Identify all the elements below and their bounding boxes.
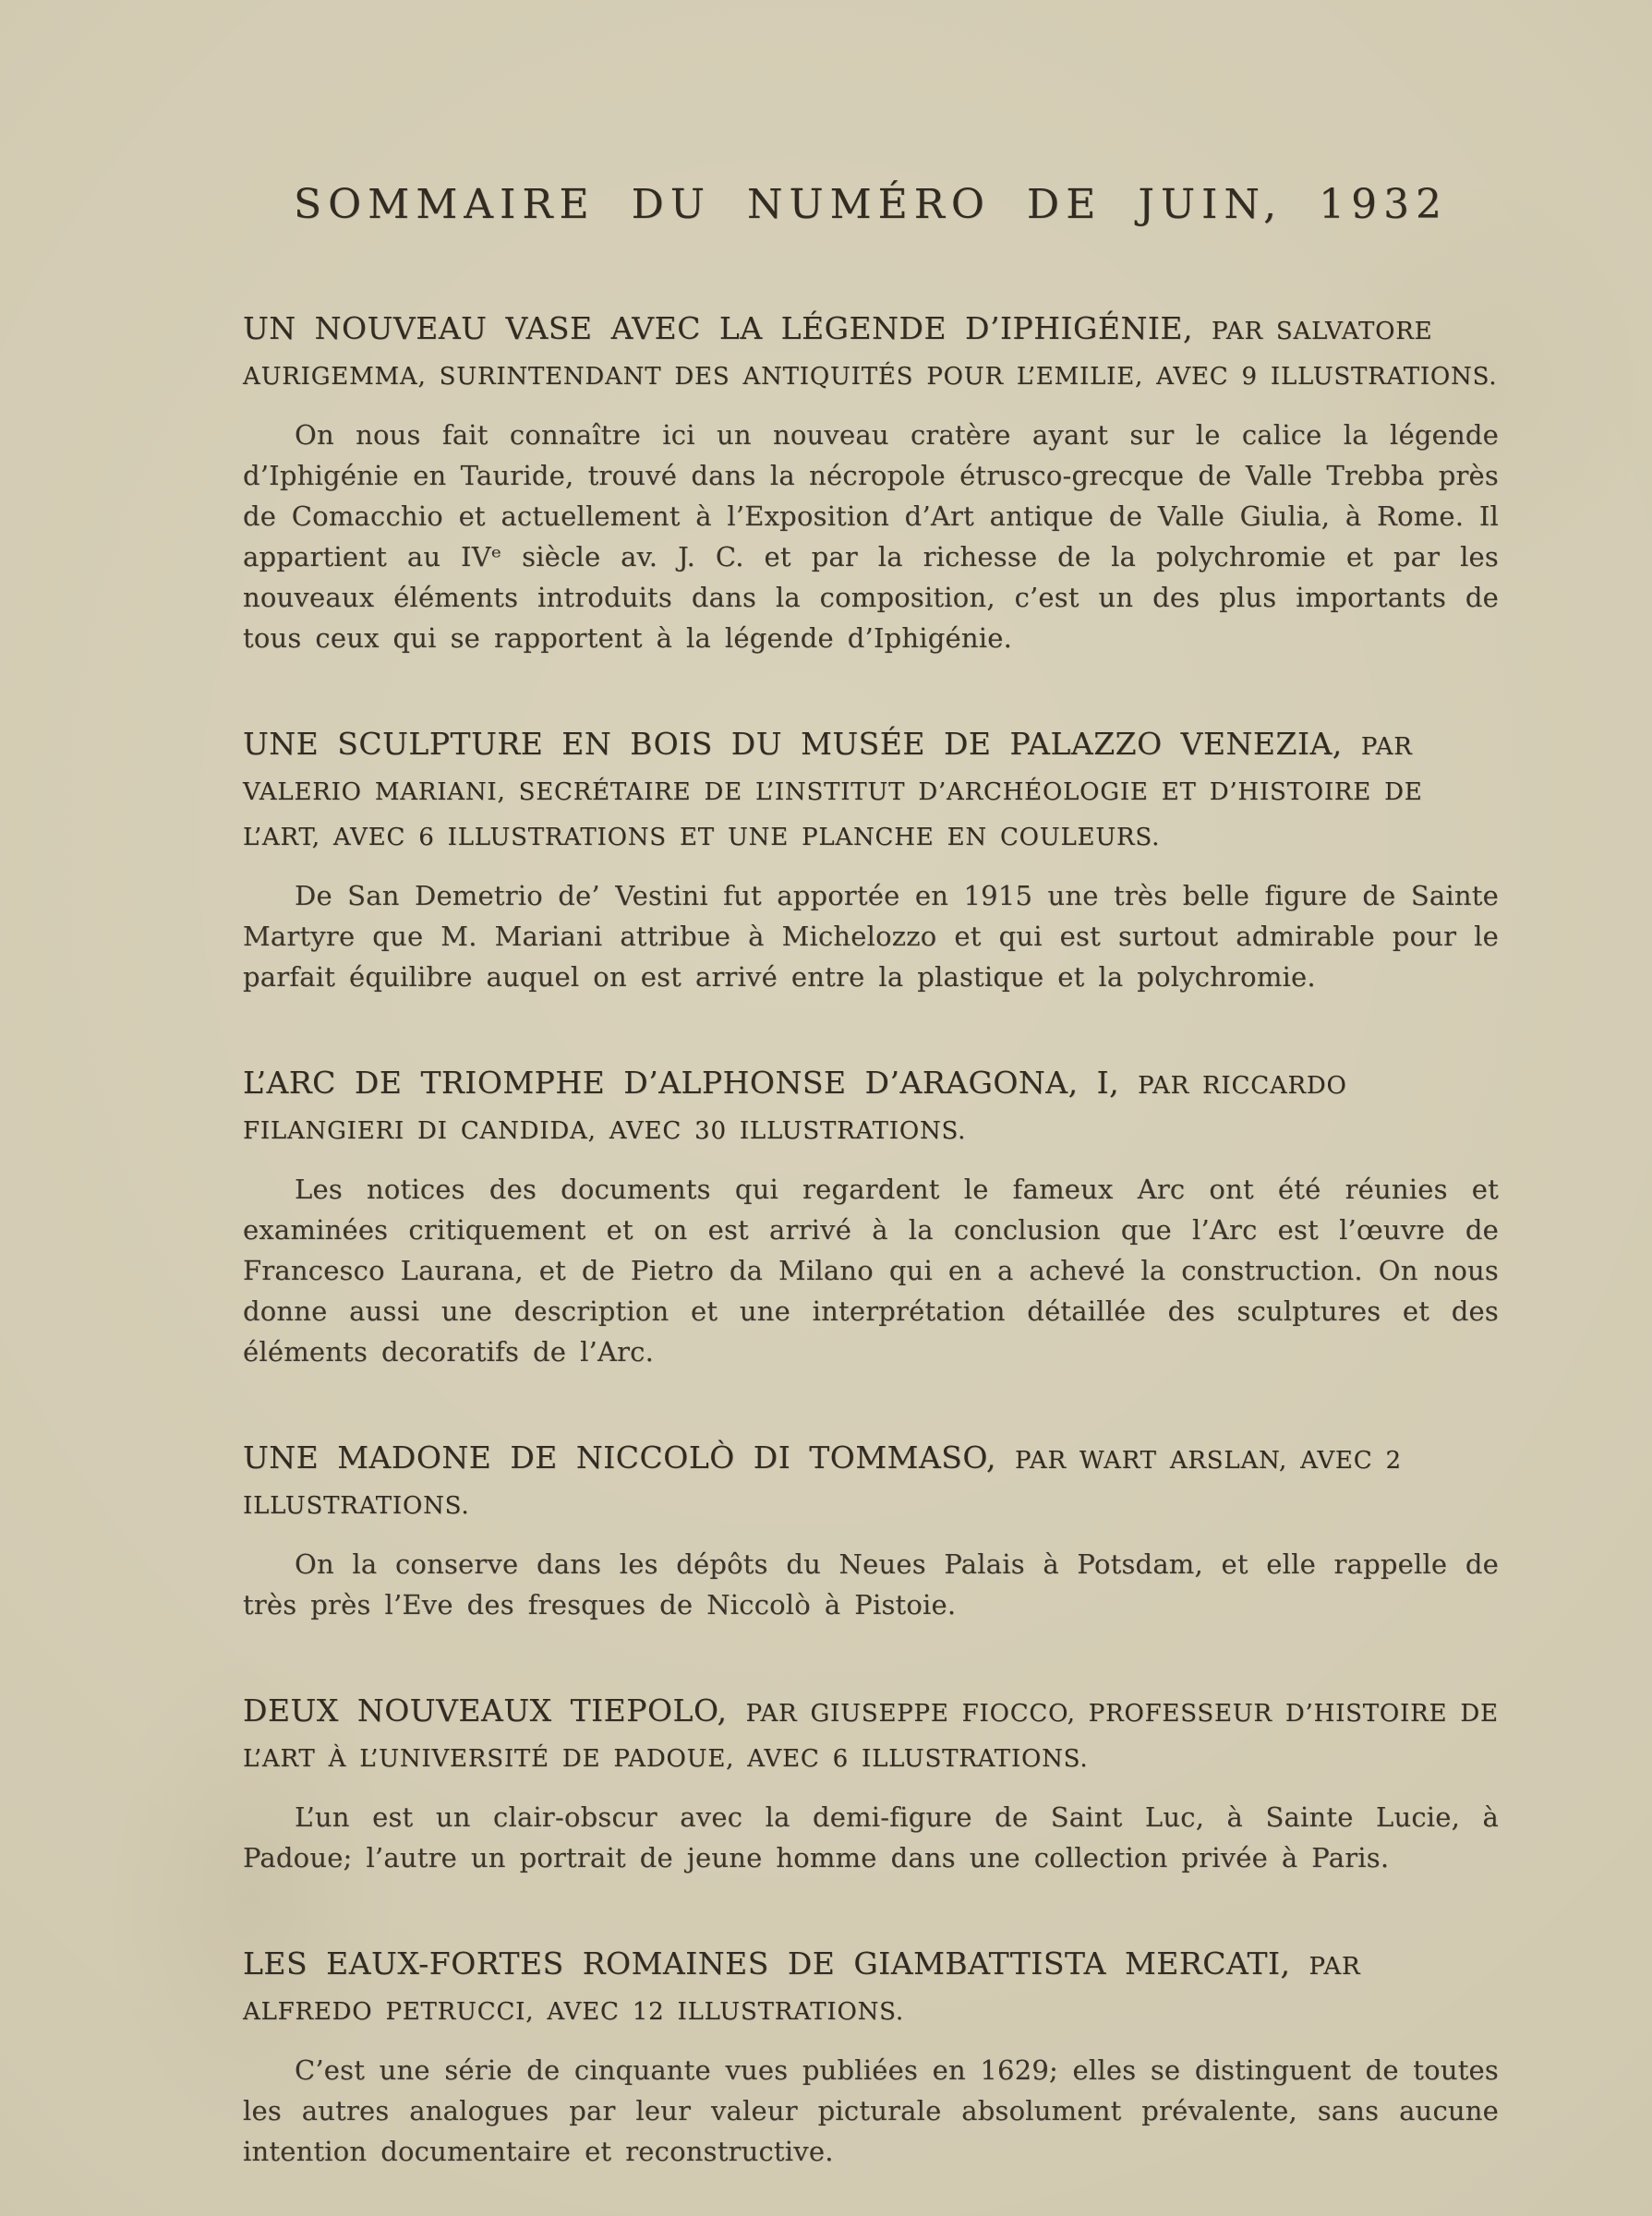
article-title: UNE SCULPTURE EN BOIS DU MUSÉE DE PALAZZ… — [243, 726, 1343, 762]
page-title: SOMMAIRE DU NUMÉRO DE JUIN, 1932 — [243, 181, 1499, 228]
toc-entry: DEUX NOUVEAUX TIEPOLO, PAR GIUSEPPE FIOC… — [243, 1690, 1499, 1878]
toc-entry: UNE SCULPTURE EN BOIS DU MUSÉE DE PALAZZ… — [243, 723, 1499, 997]
article-title: LES EAUX-FORTES ROMAINES DE GIAMBATTISTA… — [243, 1945, 1291, 1981]
article-heading: L’ARC DE TRIOMPHE D’ALPHONSE D’ARAGONA, … — [243, 1062, 1499, 1152]
toc-entry: LES EAUX-FORTES ROMAINES DE GIAMBATTISTA… — [243, 1943, 1499, 2172]
article-heading: DEUX NOUVEAUX TIEPOLO, PAR GIUSEPPE FIOC… — [243, 1690, 1499, 1780]
toc-entry: UN NOUVEAU VASE AVEC LA LÉGENDE D’IPHIGÉ… — [243, 307, 1499, 658]
scanned-journal-page: SOMMAIRE DU NUMÉRO DE JUIN, 1932 UN NOUV… — [0, 0, 1652, 2216]
article-title: DEUX NOUVEAUX TIEPOLO, — [243, 1692, 728, 1728]
article-title: UN NOUVEAU VASE AVEC LA LÉGENDE D’IPHIGÉ… — [243, 310, 1193, 346]
article-title: L’ARC DE TRIOMPHE D’ALPHONSE D’ARAGONA, … — [243, 1065, 1119, 1101]
article-heading: UN NOUVEAU VASE AVEC LA LÉGENDE D’IPHIGÉ… — [243, 307, 1499, 398]
toc-entry: UNE MADONE DE NICCOLÒ DI TOMMASO, PAR WA… — [243, 1437, 1499, 1625]
article-summary: Les notices des documents qui regardent … — [243, 1169, 1499, 1372]
article-summary: On la conserve dans les dépôts du Neues … — [243, 1544, 1499, 1625]
article-summary: De San Demetrio de’ Vestini fut apportée… — [243, 875, 1499, 997]
article-heading: LES EAUX-FORTES ROMAINES DE GIAMBATTISTA… — [243, 1943, 1499, 2033]
article-summary: C’est une série de cinquante vues publié… — [243, 2050, 1499, 2172]
article-summary: On nous fait connaître ici un nouveau cr… — [243, 415, 1499, 658]
table-of-contents: SOMMAIRE DU NUMÉRO DE JUIN, 1932 UN NOUV… — [243, 0, 1499, 2172]
article-heading: UNE SCULPTURE EN BOIS DU MUSÉE DE PALAZZ… — [243, 723, 1499, 859]
toc-entry: L’ARC DE TRIOMPHE D’ALPHONSE D’ARAGONA, … — [243, 1062, 1499, 1372]
article-title: UNE MADONE DE NICCOLÒ DI TOMMASO, — [243, 1439, 996, 1475]
article-summary: L’un est un clair-obscur avec la demi-fi… — [243, 1797, 1499, 1878]
article-heading: UNE MADONE DE NICCOLÒ DI TOMMASO, PAR WA… — [243, 1437, 1499, 1527]
